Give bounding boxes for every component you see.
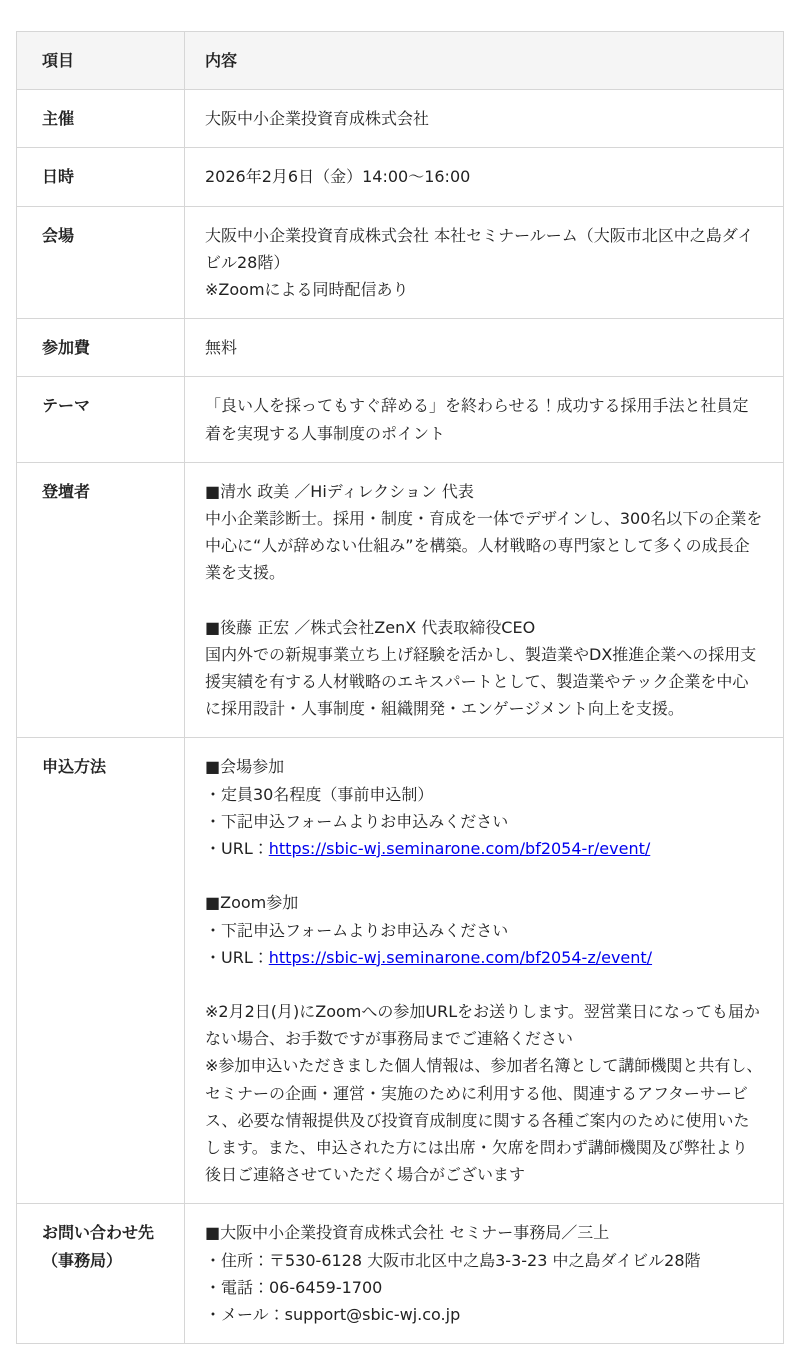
- text-segment: 大阪中小企業投資育成株式会社 本社セミナールーム（大阪市北区中之島ダイビル28階…: [205, 226, 753, 272]
- application-url-link[interactable]: https://sbic-wj.seminarone.com/bf2054-r/…: [269, 839, 651, 858]
- content-line: 「良い人を採ってもすぐ辞める」を終わらせる！成功する採用手法と社員定着を実現する…: [205, 392, 763, 446]
- row-label-line: 申込方法: [42, 753, 164, 780]
- table-row-speakers: 登壇者■清水 政美 ／Hiディレクション 代表中小企業診断士。採用・制度・育成を…: [17, 462, 784, 738]
- text-segment: ・URL：: [205, 839, 269, 858]
- text-segment: ・電話：06-6459-1700: [205, 1278, 382, 1297]
- content-line: ・電話：06-6459-1700: [205, 1274, 763, 1301]
- text-segment: ■Zoom参加: [205, 893, 298, 912]
- text-segment: ※参加申込いただきました個人情報は、参加者名簿として講師機関と共有し、セミナーの…: [205, 1056, 762, 1184]
- text-segment: 大阪中小企業投資育成株式会社: [205, 109, 429, 128]
- content-line: 無料: [205, 334, 763, 361]
- table-row-theme: テーマ「良い人を採ってもすぐ辞める」を終わらせる！成功する採用手法と社員定着を実…: [17, 377, 784, 462]
- text-segment: 2026年2月6日（金）14:00～16:00: [205, 167, 470, 186]
- content-line: ■後藤 正宏 ／株式会社ZenX 代表取締役CEO: [205, 614, 763, 641]
- row-label-venue: 会場: [17, 206, 185, 319]
- text-segment: 中小企業診断士。採用・制度・育成を一体でデザインし、300名以下の企業を中心に“…: [205, 509, 762, 582]
- row-label-line: 会場: [42, 222, 164, 249]
- row-label-line: 参加費: [42, 334, 164, 361]
- text-segment: ・下記申込フォームよりお申込みください: [205, 921, 508, 940]
- content-line: ・URL：https://sbic-wj.seminarone.com/bf20…: [205, 835, 763, 862]
- content-line: ・下記申込フォームよりお申込みください: [205, 917, 763, 944]
- text-segment: ・メール：support@sbic-wj.co.jp: [205, 1305, 460, 1324]
- content-line: 大阪中小企業投資育成株式会社 本社セミナールーム（大阪市北区中之島ダイビル28階…: [205, 222, 763, 276]
- row-label-contact: お問い合わせ先（事務局）: [17, 1204, 185, 1344]
- page: 項目 内容 主催大阪中小企業投資育成株式会社日時2026年2月6日（金）14:0…: [0, 0, 800, 1372]
- header-cell-content: 内容: [185, 32, 784, 90]
- content-line: ■清水 政美 ／Hiディレクション 代表: [205, 478, 763, 505]
- text-segment: 無料: [205, 338, 237, 357]
- content-line: ・住所：〒530-6128 大阪市北区中之島3-3-23 中之島ダイビル28階: [205, 1247, 763, 1274]
- table-row-fee: 参加費無料: [17, 319, 784, 377]
- text-segment: ※2月2日(月)にZoomへの参加URLをお送りします。翌営業日になっても届かな…: [205, 1002, 760, 1048]
- text-segment: ・定員30名程度（事前申込制）: [205, 785, 433, 804]
- text-segment: ・下記申込フォームよりお申込みください: [205, 812, 508, 831]
- row-label-datetime: 日時: [17, 148, 185, 206]
- table-row-datetime: 日時2026年2月6日（金）14:00～16:00: [17, 148, 784, 206]
- row-content-datetime: 2026年2月6日（金）14:00～16:00: [185, 148, 784, 206]
- content-line: ・URL：https://sbic-wj.seminarone.com/bf20…: [205, 944, 763, 971]
- row-label-line: 主催: [42, 105, 164, 132]
- content-line: ■大阪中小企業投資育成株式会社 セミナー事務局／三上: [205, 1219, 763, 1246]
- text-segment: ■清水 政美 ／Hiディレクション 代表: [205, 482, 474, 501]
- text-segment: ・URL：: [205, 948, 269, 967]
- text-segment: 「良い人を採ってもすぐ辞める」を終わらせる！成功する採用手法と社員定着を実現する…: [205, 396, 749, 442]
- row-label-application: 申込方法: [17, 738, 185, 1204]
- content-line: ※参加申込いただきました個人情報は、参加者名簿として講師機関と共有し、セミナーの…: [205, 1052, 763, 1188]
- header-row: 項目 内容: [17, 32, 784, 90]
- application-url-link[interactable]: https://sbic-wj.seminarone.com/bf2054-z/…: [269, 948, 652, 967]
- text-segment: ■会場参加: [205, 757, 284, 776]
- content-line: 中小企業診断士。採用・制度・育成を一体でデザインし、300名以下の企業を中心に“…: [205, 505, 763, 587]
- row-label-line: 日時: [42, 163, 164, 190]
- blank-line: [205, 586, 763, 613]
- table-body: 主催大阪中小企業投資育成株式会社日時2026年2月6日（金）14:00～16:0…: [17, 90, 784, 1344]
- row-content-venue: 大阪中小企業投資育成株式会社 本社セミナールーム（大阪市北区中之島ダイビル28階…: [185, 206, 784, 319]
- row-label-speakers: 登壇者: [17, 462, 185, 738]
- header-cell-item: 項目: [17, 32, 185, 90]
- row-content-theme: 「良い人を採ってもすぐ辞める」を終わらせる！成功する採用手法と社員定着を実現する…: [185, 377, 784, 462]
- table-row-organizer: 主催大阪中小企業投資育成株式会社: [17, 90, 784, 148]
- content-line: ・下記申込フォームよりお申込みください: [205, 808, 763, 835]
- content-line: 2026年2月6日（金）14:00～16:00: [205, 163, 763, 190]
- table-row-application: 申込方法■会場参加・定員30名程度（事前申込制）・下記申込フォームよりお申込みく…: [17, 738, 784, 1204]
- row-label-organizer: 主催: [17, 90, 185, 148]
- seminar-info-table: 項目 内容 主催大阪中小企業投資育成株式会社日時2026年2月6日（金）14:0…: [16, 31, 784, 1344]
- row-label-theme: テーマ: [17, 377, 185, 462]
- table-row-venue: 会場大阪中小企業投資育成株式会社 本社セミナールーム（大阪市北区中之島ダイビル2…: [17, 206, 784, 319]
- content-line: 国内外での新規事業立ち上げ経験を活かし、製造業やDX推進企業への採用支援実績を有…: [205, 641, 763, 723]
- content-line: ・メール：support@sbic-wj.co.jp: [205, 1301, 763, 1328]
- row-content-application: ■会場参加・定員30名程度（事前申込制）・下記申込フォームよりお申込みください・…: [185, 738, 784, 1204]
- text-segment: ・住所：〒530-6128 大阪市北区中之島3-3-23 中之島ダイビル28階: [205, 1251, 701, 1270]
- content-line: ■会場参加: [205, 753, 763, 780]
- row-content-speakers: ■清水 政美 ／Hiディレクション 代表中小企業診断士。採用・制度・育成を一体で…: [185, 462, 784, 738]
- row-label-line: （事務局）: [42, 1247, 164, 1274]
- text-segment: 国内外での新規事業立ち上げ経験を活かし、製造業やDX推進企業への採用支援実績を有…: [205, 645, 756, 718]
- content-line: ・定員30名程度（事前申込制）: [205, 781, 763, 808]
- content-line: 大阪中小企業投資育成株式会社: [205, 105, 763, 132]
- row-content-organizer: 大阪中小企業投資育成株式会社: [185, 90, 784, 148]
- text-segment: ■大阪中小企業投資育成株式会社 セミナー事務局／三上: [205, 1223, 609, 1242]
- table-row-contact: お問い合わせ先（事務局）■大阪中小企業投資育成株式会社 セミナー事務局／三上・住…: [17, 1204, 784, 1344]
- content-line: ※Zoomによる同時配信あり: [205, 276, 763, 303]
- row-label-line: お問い合わせ先: [42, 1219, 164, 1246]
- row-label-line: テーマ: [42, 392, 164, 419]
- row-content-contact: ■大阪中小企業投資育成株式会社 セミナー事務局／三上・住所：〒530-6128 …: [185, 1204, 784, 1344]
- row-label-fee: 参加費: [17, 319, 185, 377]
- row-content-fee: 無料: [185, 319, 784, 377]
- text-segment: ■後藤 正宏 ／株式会社ZenX 代表取締役CEO: [205, 618, 535, 637]
- text-segment: ※Zoomによる同時配信あり: [205, 280, 409, 299]
- content-line: ■Zoom参加: [205, 889, 763, 916]
- blank-line: [205, 971, 763, 998]
- row-label-line: 登壇者: [42, 478, 164, 505]
- blank-line: [205, 862, 763, 889]
- content-line: ※2月2日(月)にZoomへの参加URLをお送りします。翌営業日になっても届かな…: [205, 998, 763, 1052]
